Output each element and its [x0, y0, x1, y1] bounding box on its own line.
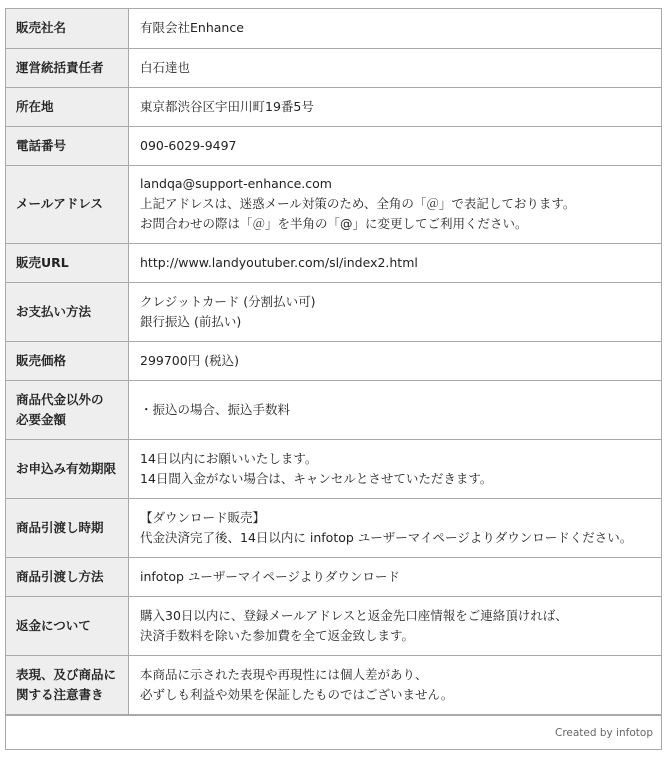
value-line: 必ずしも利益や効果を保証したものではございません。	[140, 685, 651, 705]
row-value: 090-6029-9497	[129, 126, 662, 165]
table-row: 表現、及び商品に関する注意書き本商品に示された表現や再現性には個人差があり、必ず…	[6, 655, 661, 714]
label-line: 必要金額	[16, 410, 118, 430]
value-line: 決済手数料を除いた参加費を全て返金致します。	[140, 626, 651, 646]
row-label: 返金について	[6, 596, 129, 655]
row-label: 販売価格	[6, 341, 129, 380]
row-value: 購入30日以内に、登録メールアドレスと返金先口座情報をご連絡頂ければ、決済手数料…	[129, 596, 662, 655]
footer-credit: Created by infotop	[6, 715, 661, 749]
value-line: 本商品に示された表現や再現性には個人差があり、	[140, 665, 651, 685]
value-line: 購入30日以内に、登録メールアドレスと返金先口座情報をご連絡頂ければ、	[140, 606, 651, 626]
label-line: 電話番号	[16, 136, 118, 156]
value-line: 14日間入金がない場合は、キャンセルとさせていただきます。	[140, 469, 651, 489]
row-value: 14日以内にお願いいたします。14日間入金がない場合は、キャンセルとさせていただ…	[129, 439, 662, 498]
table-row: 運営統括責任者白石達也	[6, 48, 661, 87]
row-label: メールアドレス	[6, 165, 129, 243]
value-line: infotop ユーザーマイページよりダウンロード	[140, 567, 651, 587]
row-value: http://www.landyoutuber.com/sl/index2.ht…	[129, 243, 662, 282]
row-value: ・振込の場合、振込手数料	[129, 380, 662, 439]
table-body: 販売社名有限会社Enhance運営統括責任者白石達也所在地東京都渋谷区宇田川町1…	[6, 9, 661, 714]
row-label: 販売URL	[6, 243, 129, 282]
label-line: 所在地	[16, 97, 118, 117]
specified-commercial-transactions-table: 販売社名有限会社Enhance運営統括責任者白石達也所在地東京都渋谷区宇田川町1…	[5, 8, 662, 750]
row-label: 販売社名	[6, 9, 129, 48]
table-row: 販売URLhttp://www.landyoutuber.com/sl/inde…	[6, 243, 661, 282]
value-line: 銀行振込 (前払い)	[140, 312, 651, 332]
table-row: メールアドレスlandqa@support-enhance.com上記アドレスは…	[6, 165, 661, 243]
value-line: ・振込の場合、振込手数料	[140, 400, 651, 420]
label-line: 関する注意書き	[16, 685, 118, 705]
row-value: 有限会社Enhance	[129, 9, 662, 48]
table-row: お申込み有効期限14日以内にお願いいたします。14日間入金がない場合は、キャンセ…	[6, 439, 661, 498]
label-line: 商品引渡し方法	[16, 567, 118, 587]
row-value: 東京都渋谷区宇田川町19番5号	[129, 87, 662, 126]
row-label: 商品引渡し方法	[6, 557, 129, 596]
value-line: 東京都渋谷区宇田川町19番5号	[140, 97, 651, 117]
label-line: 運営統括責任者	[16, 58, 118, 78]
row-value: クレジットカード (分割払い可)銀行振込 (前払い)	[129, 282, 662, 341]
row-label: 商品代金以外の必要金額	[6, 380, 129, 439]
label-line: 販売社名	[16, 18, 118, 38]
value-line: お問合わせの際は「＠」を半角の「@」に変更してご利用ください。	[140, 214, 651, 234]
value-line: 有限会社Enhance	[140, 18, 651, 38]
table-row: 商品引渡し時期【ダウンロード販売】代金決済完了後、14日以内に infotop …	[6, 498, 661, 557]
row-label: 表現、及び商品に関する注意書き	[6, 655, 129, 714]
table-row: 販売価格299700円 (税込)	[6, 341, 661, 380]
table-row: お支払い方法クレジットカード (分割払い可)銀行振込 (前払い)	[6, 282, 661, 341]
value-line: 14日以内にお願いいたします。	[140, 449, 651, 469]
value-line: 299700円 (税込)	[140, 351, 651, 371]
label-line: メールアドレス	[16, 194, 118, 214]
value-line: http://www.landyoutuber.com/sl/index2.ht…	[140, 253, 651, 273]
value-line: クレジットカード (分割払い可)	[140, 292, 651, 312]
label-line: 販売URL	[16, 253, 118, 273]
row-label: お申込み有効期限	[6, 439, 129, 498]
row-value: landqa@support-enhance.com上記アドレスは、迷惑メール対…	[129, 165, 662, 243]
row-value: infotop ユーザーマイページよりダウンロード	[129, 557, 662, 596]
row-label: 所在地	[6, 87, 129, 126]
table-row: 電話番号090-6029-9497	[6, 126, 661, 165]
label-line: 商品引渡し時期	[16, 518, 118, 538]
label-line: 表現、及び商品に	[16, 665, 118, 685]
value-line: 上記アドレスは、迷惑メール対策のため、全角の「＠」で表記しております。	[140, 194, 651, 214]
value-line: 白石達也	[140, 58, 651, 78]
value-line: 代金決済完了後、14日以内に infotop ユーザーマイページよりダウンロード…	[140, 528, 651, 548]
value-line: landqa@support-enhance.com	[140, 174, 651, 194]
row-label: 商品引渡し時期	[6, 498, 129, 557]
table-row: 商品代金以外の必要金額・振込の場合、振込手数料	[6, 380, 661, 439]
row-label: 電話番号	[6, 126, 129, 165]
label-line: 販売価格	[16, 351, 118, 371]
value-line: 【ダウンロード販売】	[140, 508, 651, 528]
label-line: お支払い方法	[16, 302, 118, 322]
row-label: お支払い方法	[6, 282, 129, 341]
table-row: 販売社名有限会社Enhance	[6, 9, 661, 48]
label-line: 返金について	[16, 616, 118, 636]
label-line: お申込み有効期限	[16, 459, 118, 479]
row-value: 299700円 (税込)	[129, 341, 662, 380]
table-row: 商品引渡し方法infotop ユーザーマイページよりダウンロード	[6, 557, 661, 596]
table-row: 返金について購入30日以内に、登録メールアドレスと返金先口座情報をご連絡頂ければ…	[6, 596, 661, 655]
label-line: 商品代金以外の	[16, 390, 118, 410]
row-value: 本商品に示された表現や再現性には個人差があり、必ずしも利益や効果を保証したもので…	[129, 655, 662, 714]
row-label: 運営統括責任者	[6, 48, 129, 87]
row-value: 【ダウンロード販売】代金決済完了後、14日以内に infotop ユーザーマイペ…	[129, 498, 662, 557]
value-line: 090-6029-9497	[140, 136, 651, 156]
row-value: 白石達也	[129, 48, 662, 87]
table-row: 所在地東京都渋谷区宇田川町19番5号	[6, 87, 661, 126]
